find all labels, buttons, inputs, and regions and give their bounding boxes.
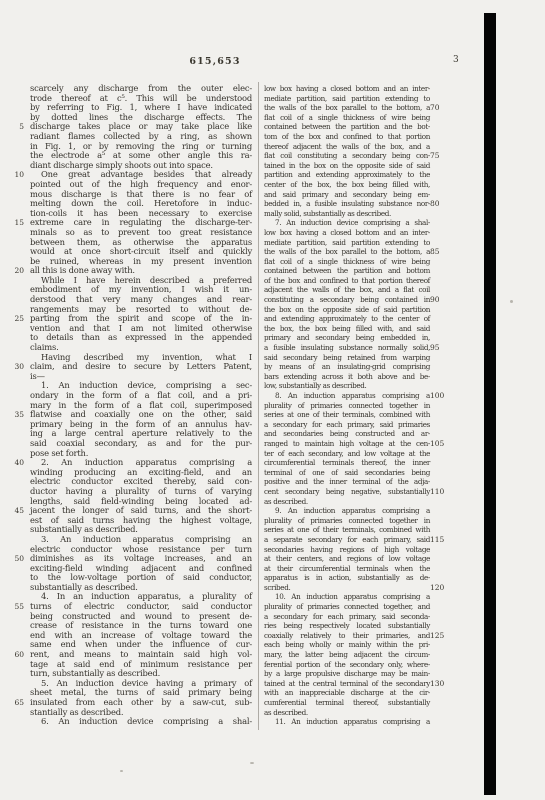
- text-line: ferential portion of the secondary only,…: [264, 660, 430, 670]
- line-number: 95: [430, 343, 440, 353]
- column-divider-rule: [258, 82, 259, 730]
- text-line: positive and the inner terminal of the a…: [264, 477, 430, 487]
- text-line: cumferential terminal thereof, substanti…: [264, 698, 430, 708]
- text-line: thereof adjacent the walls of the box, a…: [264, 142, 430, 152]
- line-number: 75: [430, 151, 440, 161]
- line-number: 5: [19, 122, 24, 132]
- line-number: 85: [430, 247, 440, 257]
- text-line: mediate partition, said partition extend…: [264, 94, 430, 104]
- scan-edge-bar: [484, 13, 496, 795]
- line-number: 80: [430, 199, 440, 209]
- text-line: bars extending across it both above and …: [264, 372, 430, 382]
- line-number: 40: [14, 458, 24, 468]
- text-line: a secondary for each primary, said secon…: [264, 612, 430, 622]
- line-number: 130: [430, 679, 444, 689]
- text-line: terminal of one of said secondaries bein…: [264, 468, 430, 478]
- text-line: secondaries having regions of high volta…: [264, 545, 430, 555]
- text-line: flat coil of a single thickness of wire …: [264, 257, 430, 267]
- patent-number: 615,653: [189, 56, 240, 67]
- line-number: 125: [430, 631, 444, 641]
- page-number: 3: [453, 55, 459, 65]
- line-number: 30: [14, 362, 24, 372]
- text-line: said secondary being retained from warpi…: [264, 353, 430, 363]
- text-line: circumferential terminals thereof, the i…: [264, 458, 430, 468]
- text-line: and secondaries being constructed and ar…: [264, 429, 430, 439]
- text-line: and extending approximately to the cente…: [264, 314, 430, 324]
- text-line: mediate partition, said partition extend…: [264, 238, 430, 248]
- text-line: each being wholly or mainly within the p…: [264, 640, 430, 650]
- text-line: the box on the opposite side of said par…: [264, 305, 430, 315]
- line-number: 65: [14, 698, 24, 708]
- text-line: 6. An induction device comprising a shal…: [30, 717, 252, 727]
- line-number: 105: [430, 439, 444, 449]
- text-line: center of the box, the box being filled …: [264, 180, 430, 190]
- line-number: 60: [14, 650, 24, 660]
- text-line: as described.: [264, 497, 430, 507]
- line-number: 110: [430, 487, 444, 497]
- text-line: flat coil constituting a secondary being…: [264, 151, 430, 161]
- text-line: coaxially relatively to their primaries,…: [264, 631, 430, 641]
- line-number: 25: [14, 314, 24, 324]
- text-line: at their centers, and regions of low vol…: [264, 554, 430, 564]
- text-line: the walls of the box parallel to the bot…: [264, 103, 430, 113]
- text-line: plurality of primaries connected togethe…: [264, 516, 430, 526]
- text-line: scribed.: [264, 583, 430, 593]
- text-line: cent secondary being negative, substanti…: [264, 487, 430, 497]
- text-line: series at one of their terminals, combin…: [264, 525, 430, 535]
- text-line: 9. An induction apparatus comprising a: [264, 506, 430, 516]
- text-line: the walls of the box parallel to the bot…: [264, 247, 430, 257]
- text-line: claim, and desire to secure by Letters P…: [30, 362, 252, 372]
- line-number: 45: [14, 506, 24, 516]
- text-line: as described.: [264, 708, 430, 718]
- text-line: tained at the central terminal of the se…: [264, 679, 430, 689]
- right-text-column: low box having a closed bottom and an in…: [264, 84, 430, 727]
- line-number: 50: [14, 554, 24, 564]
- scan-speck: [510, 300, 513, 303]
- text-line: 8. An induction apparatus comprising a: [264, 391, 430, 401]
- text-line: low, substantially as described.: [264, 381, 430, 391]
- text-line: mally solid, substantially as described.: [264, 209, 430, 219]
- text-line: low box having a closed bottom and an in…: [264, 84, 430, 94]
- left-text-column: scarcely any discharge from the outer el…: [30, 84, 252, 727]
- scan-speck: [250, 762, 254, 764]
- line-number: 115: [430, 535, 444, 545]
- scan-speck: [120, 770, 123, 772]
- text-line: to details than as expressed in the appe…: [30, 333, 252, 343]
- text-line: a separate secondary for each primary, s…: [264, 535, 430, 545]
- text-line: a fusible insulating substance normally …: [264, 343, 430, 353]
- text-line: plurality of primaries connected togethe…: [264, 602, 430, 612]
- line-number: 100: [430, 391, 444, 401]
- text-line: ries being respectively located substant…: [264, 621, 430, 631]
- text-line: apparatus is in action, substantially as…: [264, 573, 430, 583]
- text-line: ranged to maintain high voltage at the c…: [264, 439, 430, 449]
- text-line: of the box and confined to that portion …: [264, 276, 430, 286]
- text-line: contained between the partition and the …: [264, 122, 430, 132]
- text-line: 10. An induction apparatus comprising a: [264, 592, 430, 602]
- line-number: 70: [430, 103, 440, 113]
- text-line: 11. An induction apparatus comprising a: [264, 717, 430, 727]
- text-line: flat coil of a single thickness of wire …: [264, 113, 430, 123]
- line-number: 15: [14, 218, 24, 228]
- line-number: 120: [430, 583, 444, 593]
- text-line: by means of an insulating-grid comprisin…: [264, 362, 430, 372]
- text-line: tained in the box on the opposite side o…: [264, 161, 430, 171]
- text-line: partition and extending approximately to…: [264, 170, 430, 180]
- text-line: ter of each secondary, and low voltage a…: [264, 449, 430, 459]
- text-line: series at one of their terminals, combin…: [264, 410, 430, 420]
- text-line: plurality of primaries connected togethe…: [264, 401, 430, 411]
- text-line: primary and secondary being embedded in,: [264, 333, 430, 343]
- text-line: bedded in, a fusible insulating substanc…: [264, 199, 430, 209]
- text-line: low box having a closed bottom and an in…: [264, 228, 430, 238]
- line-number: 20: [14, 266, 24, 276]
- line-number: 55: [14, 602, 24, 612]
- line-number: 90: [430, 295, 440, 305]
- text-line: and said primary and secondary being em-: [264, 190, 430, 200]
- text-line: adjacent the walls of the box, and a fla…: [264, 285, 430, 295]
- line-number: 10: [14, 170, 24, 180]
- patent-page: 615,653 3 5101520253035404550556065 scar…: [0, 0, 545, 800]
- line-number: 35: [14, 410, 24, 420]
- text-line: the box, the box being filled with, and …: [264, 324, 430, 334]
- text-line: with an inappreciable discharge at the c…: [264, 688, 430, 698]
- text-line: constituting a secondary being contained…: [264, 295, 430, 305]
- text-line: tom of the box and confined to that port…: [264, 132, 430, 142]
- text-line: 7. An induction device comprising a shal…: [264, 218, 430, 228]
- text-line: contained between the partition and bott…: [264, 266, 430, 276]
- text-line: at their circumferential terminals when …: [264, 564, 430, 574]
- text-line: by a large propulsive discharge may be m…: [264, 669, 430, 679]
- text-line: mary, the latter being adjacent the circ…: [264, 650, 430, 660]
- text-line: a secondary for each primary, said prima…: [264, 420, 430, 430]
